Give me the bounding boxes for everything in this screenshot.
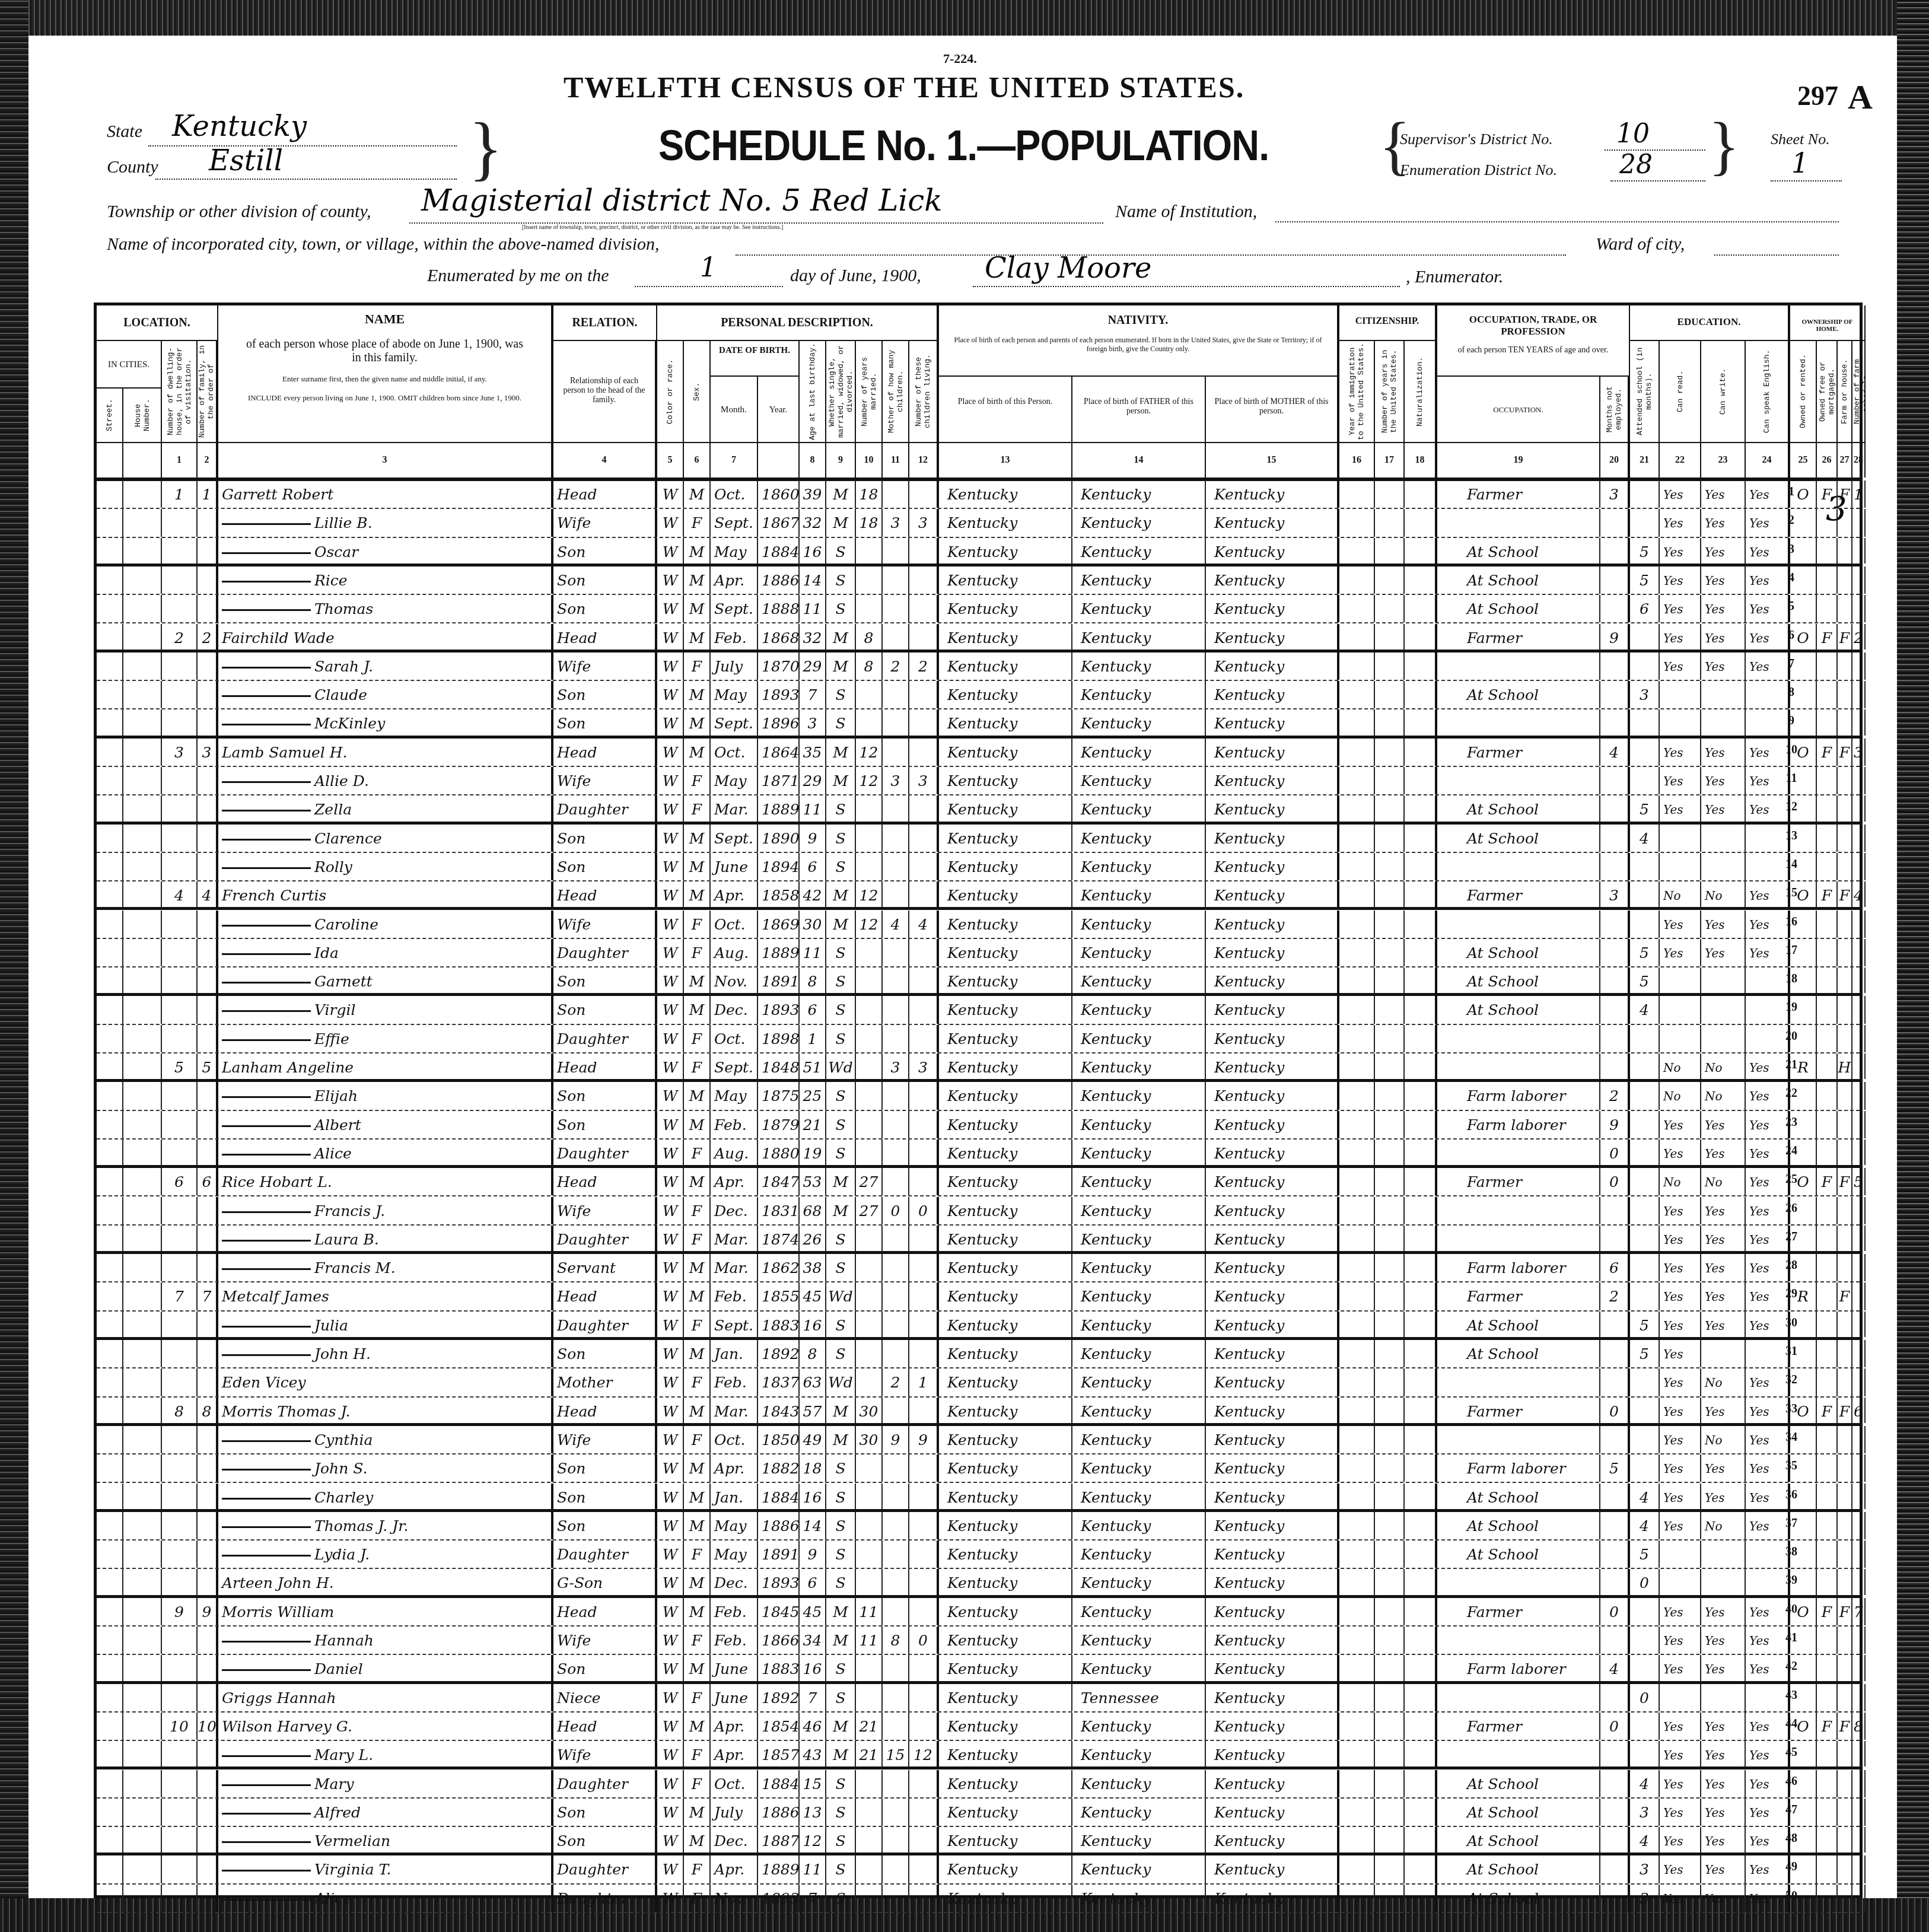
cell-moc[interactable]: 3 [883,509,909,536]
cell-color[interactable]: W [657,1226,684,1251]
cell-month[interactable]: Sept. [711,595,758,622]
cell-moc[interactable] [883,853,909,880]
cell-ym[interactable] [856,1368,883,1396]
cell-house[interactable] [123,1598,162,1625]
cell-name[interactable]: Thomas [218,595,553,622]
cell-sex[interactable]: M [684,967,711,993]
cell-sex[interactable]: F [684,1540,711,1568]
cell-bm[interactable]: Kentucky [1206,739,1339,766]
enumeration-field[interactable]: 28 [1610,160,1705,182]
cell-moc[interactable]: 9 [883,1426,909,1453]
cell-age[interactable]: 45 [800,1282,826,1310]
cell-age[interactable]: 7 [800,681,826,708]
cell-mu[interactable]: 0 [1600,1140,1630,1165]
cell-name[interactable]: Alfred [218,1799,553,1826]
cell-name[interactable]: Arteen John H. [218,1569,553,1594]
cell-mu[interactable] [1600,509,1630,536]
cell-house[interactable] [123,1512,162,1539]
cell-rel[interactable]: Daughter [553,1226,657,1251]
cell-bf[interactable]: Kentucky [1072,566,1206,594]
cell-moc[interactable] [883,1713,909,1740]
cell-bf[interactable]: Kentucky [1072,538,1206,564]
cell-sex[interactable]: M [684,1082,711,1109]
cell-year[interactable]: 1894 [758,853,800,880]
cell-moc[interactable] [883,1111,909,1138]
cell-sch[interactable] [1630,1111,1660,1138]
cell-read[interactable]: Yes [1660,911,1701,938]
cell-bp[interactable]: Kentucky [939,996,1072,1023]
cell-house[interactable] [123,681,162,708]
cell-street[interactable] [97,1168,123,1195]
cell-bp[interactable]: Kentucky [939,1025,1072,1052]
cell-rel[interactable]: Son [553,1484,657,1509]
cell-bp[interactable]: Kentucky [939,624,1072,650]
cell-sch[interactable] [1630,1168,1660,1195]
cell-name[interactable]: Francis M. [218,1254,553,1281]
cell-fam[interactable] [198,1741,218,1767]
cell-bf[interactable]: Kentucky [1072,1312,1206,1337]
cell-nat[interactable] [1405,480,1437,508]
cell-sch[interactable]: 5 [1630,1340,1660,1367]
cell-mu[interactable] [1600,1340,1630,1367]
cell-write[interactable] [1701,709,1746,735]
cell-dw[interactable] [162,509,198,536]
cell-year[interactable]: 1868 [758,624,800,650]
cell-fam[interactable] [198,1082,218,1109]
cell-bp[interactable]: Kentucky [939,1627,1072,1654]
cell-free[interactable] [1817,709,1838,735]
cell-farm[interactable] [1838,595,1852,622]
cell-age[interactable]: 1 [800,1025,826,1052]
cell-street[interactable] [97,1770,123,1797]
cell-occ[interactable] [1437,1197,1600,1224]
cell-month[interactable]: July [711,1799,758,1826]
cell-age[interactable]: 26 [800,1226,826,1251]
cell-color[interactable]: W [657,1684,684,1711]
cell-fs[interactable] [1852,1312,1866,1337]
cell-year[interactable]: 1883 [758,1312,800,1337]
cell-color[interactable]: W [657,709,684,735]
cell-house[interactable] [123,739,162,766]
cell-farm[interactable] [1838,1426,1852,1453]
state-field[interactable]: Kentucky [148,122,457,147]
cell-name[interactable]: Claude [218,681,553,708]
cell-imm[interactable] [1339,825,1375,852]
cell-sch[interactable]: 6 [1630,595,1660,622]
cell-street[interactable] [97,653,123,680]
cell-month[interactable]: Jan. [711,1484,758,1509]
cell-mu[interactable]: 0 [1600,1713,1630,1740]
cell-farm[interactable] [1838,509,1852,536]
cell-rel[interactable]: Daughter [553,795,657,821]
cell-name[interactable]: Caroline [218,911,553,938]
cell-dw[interactable]: 1 [162,480,198,508]
cell-farm[interactable] [1838,1827,1852,1853]
cell-rel[interactable]: Daughter [553,1540,657,1568]
cell-write[interactable]: Yes [1701,1254,1746,1281]
cell-month[interactable]: Dec. [711,996,758,1023]
cell-ym[interactable]: 8 [856,653,883,680]
cell-mu[interactable] [1600,681,1630,708]
cell-color[interactable]: W [657,739,684,766]
cell-bf[interactable]: Kentucky [1072,1770,1206,1797]
cell-name[interactable]: Mary L. [218,1741,553,1767]
cell-name[interactable]: Alice [218,1140,553,1165]
cell-fs[interactable] [1852,566,1866,594]
cell-fam[interactable] [198,1827,218,1853]
cell-mu[interactable] [1600,1025,1630,1052]
cell-farm[interactable]: F [1838,1282,1852,1310]
cell-name[interactable]: McKinley [218,709,553,735]
cell-bf[interactable]: Kentucky [1072,967,1206,993]
cell-mu[interactable]: 3 [1600,480,1630,508]
cell-fs[interactable] [1852,681,1866,708]
cell-nat[interactable] [1405,566,1437,594]
cell-bf[interactable]: Kentucky [1072,653,1206,680]
cell-read[interactable]: Yes [1660,624,1701,650]
cell-write[interactable]: Yes [1701,538,1746,564]
cell-yus[interactable] [1375,881,1405,907]
cell-name[interactable]: Hannah [218,1627,553,1654]
cell-street[interactable] [97,767,123,794]
cell-mu[interactable]: 6 [1600,1254,1630,1281]
cell-ym[interactable]: 11 [856,1627,883,1654]
cell-farm[interactable] [1838,566,1852,594]
cell-house[interactable] [123,1713,162,1740]
cell-street[interactable] [97,1025,123,1052]
cell-age[interactable]: 45 [800,1598,826,1625]
cell-house[interactable] [123,1082,162,1109]
cell-bm[interactable]: Kentucky [1206,709,1339,735]
cell-read[interactable]: Yes [1660,1312,1701,1337]
cell-name[interactable]: Eden Vicey [218,1368,553,1396]
cell-color[interactable]: W [657,1426,684,1453]
cell-bp[interactable]: Kentucky [939,1885,1072,1912]
cell-occ[interactable]: At School [1437,1855,1600,1883]
cell-imm[interactable] [1339,1770,1375,1797]
cell-free[interactable] [1817,1111,1838,1138]
cell-occ[interactable] [1437,1368,1600,1396]
cell-bf[interactable]: Kentucky [1072,1855,1206,1883]
cell-free[interactable] [1817,1340,1838,1367]
cell-fam[interactable] [198,911,218,938]
cell-bm[interactable]: Kentucky [1206,881,1339,907]
cell-bf[interactable]: Kentucky [1072,1569,1206,1594]
cell-month[interactable]: Sept. [711,825,758,852]
cell-moc[interactable] [883,1312,909,1337]
cell-sch[interactable]: 5 [1630,538,1660,564]
cell-age[interactable]: 16 [800,538,826,564]
cell-fam[interactable] [198,825,218,852]
cell-sch[interactable] [1630,1741,1660,1767]
cell-nat[interactable] [1405,1025,1437,1052]
cell-sex[interactable]: M [684,566,711,594]
cell-month[interactable]: Oct. [711,739,758,766]
cell-moc[interactable]: 4 [883,911,909,938]
cell-yus[interactable] [1375,1226,1405,1251]
cell-bm[interactable]: Kentucky [1206,480,1339,508]
cell-fs[interactable] [1852,1426,1866,1453]
cell-yus[interactable] [1375,1454,1405,1482]
cell-cl[interactable] [909,595,939,622]
cell-yus[interactable] [1375,1312,1405,1337]
cell-cl[interactable] [909,1340,939,1367]
cell-farm[interactable] [1838,1484,1852,1509]
cell-month[interactable]: Dec. [711,1569,758,1594]
cell-bp[interactable]: Kentucky [939,1512,1072,1539]
cell-street[interactable] [97,1569,123,1594]
cell-fs[interactable] [1852,853,1866,880]
cell-nat[interactable] [1405,653,1437,680]
cell-year[interactable]: 1893 [758,681,800,708]
cell-mu[interactable] [1600,1312,1630,1337]
cell-house[interactable] [123,1540,162,1568]
cell-read[interactable]: Yes [1660,1340,1701,1367]
cell-mar[interactable]: S [826,595,856,622]
cell-occ[interactable]: Farmer [1437,1713,1600,1740]
cell-cl[interactable]: 4 [909,911,939,938]
cell-yus[interactable] [1375,825,1405,852]
cell-bf[interactable]: Kentucky [1072,1885,1206,1912]
cell-house[interactable] [123,1111,162,1138]
cell-name[interactable]: Thomas J. Jr. [218,1512,553,1539]
cell-mar[interactable]: Wd [826,1282,856,1310]
cell-name[interactable]: Julia [218,1312,553,1337]
cell-free[interactable] [1817,939,1838,966]
cell-ym[interactable] [856,1512,883,1539]
cell-occ[interactable] [1437,1053,1600,1079]
cell-write[interactable]: Yes [1701,653,1746,680]
cell-free[interactable]: F [1817,480,1838,508]
cell-occ[interactable] [1437,767,1600,794]
cell-rel[interactable]: Son [553,853,657,880]
cell-write[interactable]: No [1701,1053,1746,1079]
cell-age[interactable]: 14 [800,1512,826,1539]
cell-moc[interactable] [883,1226,909,1251]
cell-yus[interactable] [1375,739,1405,766]
cell-yus[interactable] [1375,967,1405,993]
cell-occ[interactable]: At School [1437,1340,1600,1367]
cell-age[interactable]: 11 [800,795,826,821]
cell-yus[interactable] [1375,1799,1405,1826]
cell-dw[interactable] [162,1484,198,1509]
cell-name[interactable]: Lanham Angeline [218,1053,553,1079]
cell-imm[interactable] [1339,853,1375,880]
cell-imm[interactable] [1339,795,1375,821]
cell-write[interactable]: Yes [1701,1799,1746,1826]
cell-month[interactable]: June [711,1684,758,1711]
cell-year[interactable]: 1845 [758,1598,800,1625]
cell-name[interactable]: Rolly [218,853,553,880]
cell-year[interactable]: 1850 [758,1426,800,1453]
cell-bm[interactable]: Kentucky [1206,1827,1339,1853]
cell-mu[interactable] [1600,1226,1630,1251]
cell-dw[interactable] [162,1025,198,1052]
cell-bp[interactable]: Kentucky [939,1855,1072,1883]
cell-yus[interactable] [1375,1111,1405,1138]
cell-dw[interactable]: 3 [162,739,198,766]
cell-occ[interactable]: At School [1437,681,1600,708]
cell-age[interactable]: 8 [800,967,826,993]
cell-moc[interactable]: 15 [883,1741,909,1767]
cell-fam[interactable] [198,595,218,622]
cell-yus[interactable] [1375,681,1405,708]
cell-read[interactable] [1660,853,1701,880]
cell-bm[interactable]: Kentucky [1206,1799,1339,1826]
cell-fs[interactable]: 3 [1852,739,1866,766]
cell-bf[interactable]: Kentucky [1072,825,1206,852]
cell-color[interactable]: W [657,1254,684,1281]
cell-bf[interactable]: Kentucky [1072,681,1206,708]
cell-bf[interactable]: Kentucky [1072,595,1206,622]
cell-age[interactable]: 16 [800,1655,826,1680]
cell-sch[interactable]: 3 [1630,681,1660,708]
cell-bp[interactable]: Kentucky [939,1713,1072,1740]
cell-moc[interactable] [883,1855,909,1883]
cell-bp[interactable]: Kentucky [939,1282,1072,1310]
cell-name[interactable]: Alice [218,1885,553,1912]
cell-rel[interactable]: Son [553,1111,657,1138]
cell-write[interactable]: Yes [1701,1140,1746,1165]
cell-farm[interactable] [1838,853,1852,880]
cell-year[interactable]: 1857 [758,1741,800,1767]
cell-occ[interactable]: Farm laborer [1437,1454,1600,1482]
cell-yus[interactable] [1375,1827,1405,1853]
cell-sch[interactable]: 3 [1630,1855,1660,1883]
cell-read[interactable]: Yes [1660,1426,1701,1453]
cell-read[interactable]: Yes [1660,566,1701,594]
cell-house[interactable] [123,566,162,594]
cell-farm[interactable]: F [1838,1598,1852,1625]
cell-write[interactable] [1701,996,1746,1023]
cell-bf[interactable]: Kentucky [1072,1226,1206,1251]
cell-sex[interactable]: M [684,681,711,708]
cell-fs[interactable] [1852,1885,1866,1912]
cell-ym[interactable] [856,595,883,622]
cell-dw[interactable] [162,1627,198,1654]
cell-imm[interactable] [1339,1512,1375,1539]
cell-imm[interactable] [1339,1454,1375,1482]
cell-imm[interactable] [1339,911,1375,938]
cell-name[interactable]: Allie D. [218,767,553,794]
cell-moc[interactable] [883,595,909,622]
cell-ym[interactable]: 30 [856,1426,883,1453]
cell-ym[interactable] [856,1082,883,1109]
cell-street[interactable] [97,1827,123,1853]
cell-sch[interactable]: 4 [1630,1512,1660,1539]
cell-nat[interactable] [1405,853,1437,880]
cell-bm[interactable]: Kentucky [1206,853,1339,880]
cell-bf[interactable]: Kentucky [1072,939,1206,966]
cell-dw[interactable] [162,1340,198,1367]
cell-sch[interactable]: 5 [1630,795,1660,821]
cell-farm[interactable] [1838,1885,1852,1912]
cell-year[interactable]: 1884 [758,1770,800,1797]
cell-ym[interactable] [856,538,883,564]
cell-sex[interactable]: M [684,1111,711,1138]
cell-rel[interactable]: Son [553,595,657,622]
cell-bf[interactable]: Kentucky [1072,1368,1206,1396]
cell-sex[interactable]: M [684,480,711,508]
cell-imm[interactable] [1339,1655,1375,1680]
cell-year[interactable]: 1883 [758,1655,800,1680]
cell-bf[interactable]: Kentucky [1072,509,1206,536]
cell-bm[interactable]: Kentucky [1206,1484,1339,1509]
cell-sex[interactable]: M [684,1799,711,1826]
cell-nat[interactable] [1405,1254,1437,1281]
cell-rel[interactable]: Head [553,1168,657,1195]
cell-sch[interactable]: 4 [1630,1770,1660,1797]
cell-rel[interactable]: Son [553,996,657,1023]
cell-write[interactable]: Yes [1701,595,1746,622]
cell-bp[interactable]: Kentucky [939,1082,1072,1109]
cell-sch[interactable] [1630,1025,1660,1052]
cell-imm[interactable] [1339,538,1375,564]
cell-color[interactable]: W [657,1454,684,1482]
cell-cl[interactable] [909,1398,939,1423]
cell-name[interactable]: Mary [218,1770,553,1797]
cell-ym[interactable] [856,1312,883,1337]
cell-color[interactable]: W [657,1368,684,1396]
cell-house[interactable] [123,1569,162,1594]
cell-ym[interactable] [856,1025,883,1052]
cell-fs[interactable] [1852,1082,1866,1109]
cell-fs[interactable]: 1 [1852,480,1866,508]
cell-fam[interactable] [198,1111,218,1138]
cell-ym[interactable] [856,996,883,1023]
cell-fam[interactable] [198,566,218,594]
cell-mar[interactable]: S [826,1770,856,1797]
cell-imm[interactable] [1339,767,1375,794]
cell-street[interactable] [97,1426,123,1453]
cell-free[interactable] [1817,1540,1838,1568]
cell-house[interactable] [123,1340,162,1367]
cell-age[interactable]: 57 [800,1398,826,1423]
cell-cl[interactable] [909,825,939,852]
cell-sex[interactable]: M [684,1168,711,1195]
cell-farm[interactable] [1838,1855,1852,1883]
cell-moc[interactable] [883,1168,909,1195]
cell-farm[interactable] [1838,1340,1852,1367]
cell-farm[interactable] [1838,1368,1852,1396]
cell-month[interactable]: Apr. [711,566,758,594]
cell-year[interactable]: 1892 [758,1340,800,1367]
ward-field[interactable] [1714,234,1839,256]
cell-rel[interactable]: Son [553,709,657,735]
cell-sex[interactable]: M [684,538,711,564]
cell-ym[interactable]: 27 [856,1197,883,1224]
cell-color[interactable]: W [657,1053,684,1079]
cell-ym[interactable] [856,1569,883,1594]
cell-read[interactable]: Yes [1660,1398,1701,1423]
cell-fam[interactable] [198,1484,218,1509]
cell-read[interactable]: Yes [1660,1770,1701,1797]
cell-sex[interactable]: M [684,1569,711,1594]
cell-cl[interactable] [909,709,939,735]
cell-free[interactable] [1817,1885,1838,1912]
cell-house[interactable] [123,1827,162,1853]
cell-bf[interactable]: Kentucky [1072,1254,1206,1281]
cell-write[interactable]: Yes [1701,1713,1746,1740]
cell-write[interactable] [1701,967,1746,993]
cell-sex[interactable]: M [684,1340,711,1367]
cell-free[interactable] [1817,1627,1838,1654]
cell-cl[interactable] [909,1454,939,1482]
cell-sch[interactable]: 0 [1630,1684,1660,1711]
cell-bm[interactable]: Kentucky [1206,1598,1339,1625]
cell-cl[interactable] [909,1655,939,1680]
cell-rel[interactable]: Servant [553,1254,657,1281]
